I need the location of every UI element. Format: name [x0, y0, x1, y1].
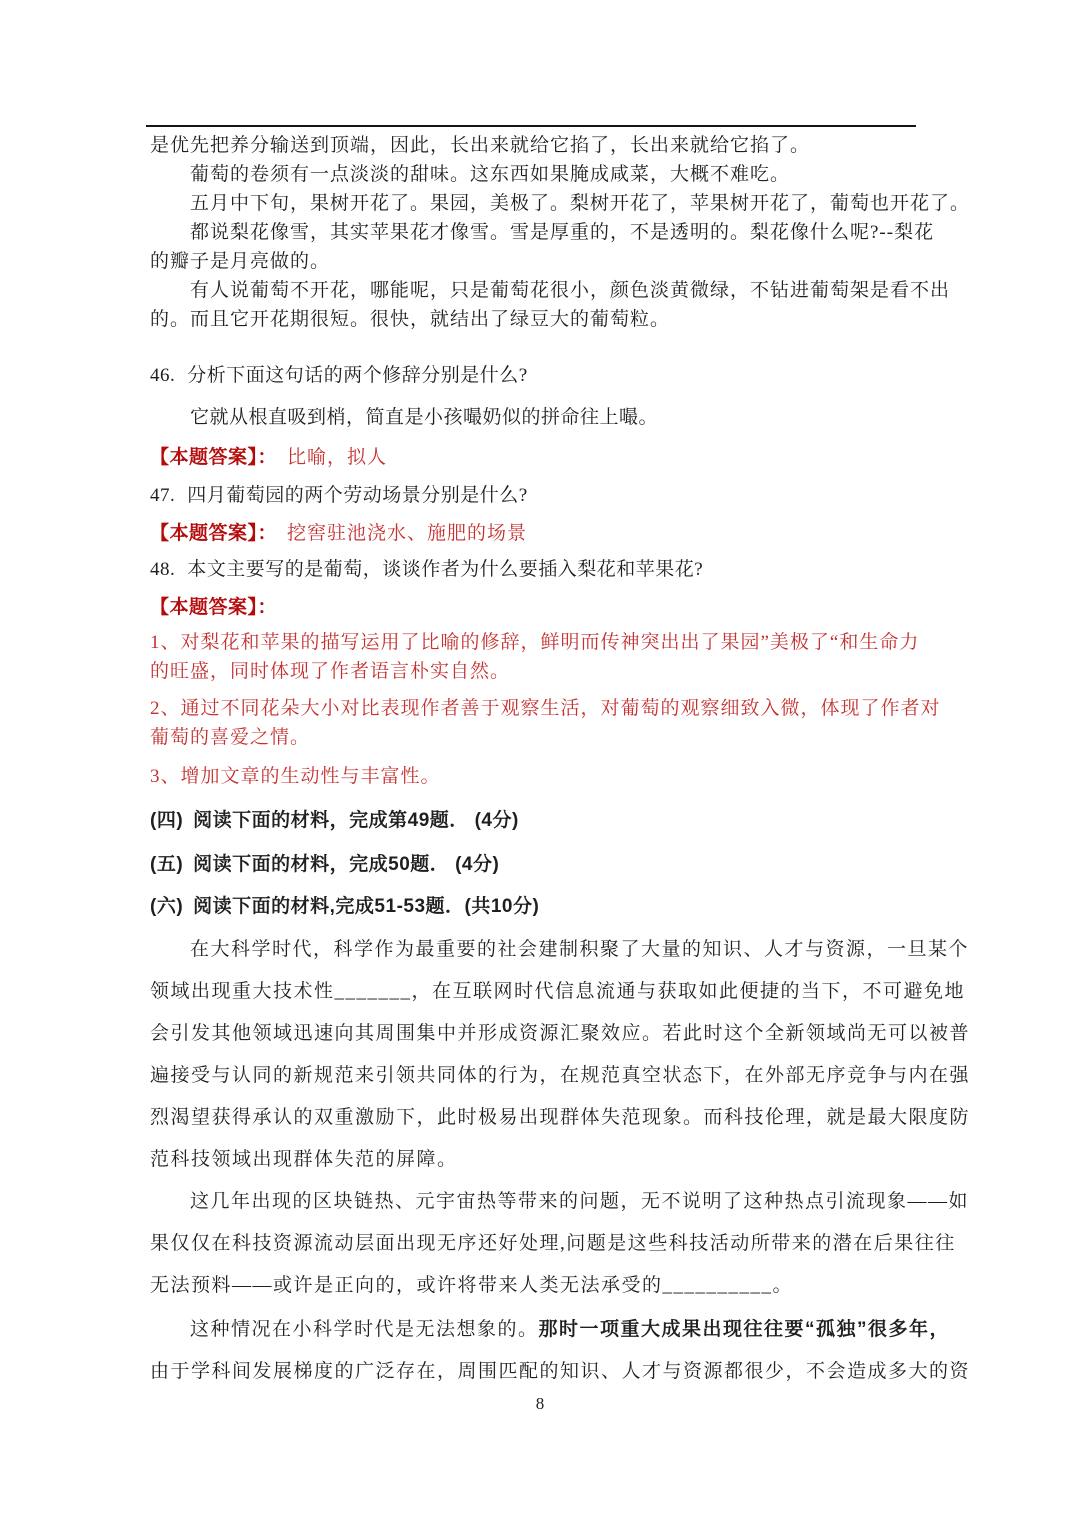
answer-48-item-1-line: 1、对梨花和苹果的描写运用了比喻的修辞，鲜明而传神突出出了果园”美极了“和生命力	[150, 628, 940, 657]
section-heading-5: (五)阅读下面的材料，完成50题． (4分)	[150, 849, 940, 881]
header-rule	[146, 125, 916, 127]
material-line: 会引发其他领域迅速向其周围集中并形成资源汇聚效应。若此时这个全新领域尚无可以被普	[150, 1013, 940, 1055]
material-line-with-blank: 领域出现重大技术性_______，在互联网时代信息流通与获取如此便捷的当下，不可…	[150, 971, 940, 1013]
material-line: 这几年出现的区块链热、元宇宙热等带来的问题，无不说明了这种热点引流现象——如	[150, 1181, 940, 1223]
question-47-number: 47.	[150, 485, 175, 506]
document-page: 是优先把养分输送到顶端，因此，长出来就给它掐了，长出来就给它掐了。 葡萄的卷须有…	[0, 0, 1080, 1527]
question-46: 46.分析下面这句话的两个修辞分别是什么?	[150, 360, 940, 392]
material-line-with-blank: 无法预料——或许是正向的，或许将带来人类无法承受的__________。	[150, 1265, 940, 1307]
question-46-text: 分析下面这句话的两个修辞分别是什么?	[187, 365, 527, 386]
passage-line: 都说梨花像雪，其实苹果花才像雪。雪是厚重的，不是透明的。梨花像什么呢?--梨花	[150, 218, 940, 247]
reading-passage: 是优先把养分输送到顶端，因此，长出来就给它掐了，长出来就给它掐了。 葡萄的卷须有…	[150, 131, 940, 334]
page-content: 是优先把养分输送到顶端，因此，长出来就给它掐了，长出来就给它掐了。 葡萄的卷须有…	[150, 125, 940, 1393]
question-47-text: 四月葡萄园的两个劳动场景分别是什么?	[187, 485, 527, 506]
passage-line: 五月中下旬，果树开花了。果园，美极了。梨树开花了，苹果树开花了，葡萄也开花了。	[150, 189, 940, 218]
answer-46: 【本题答案】：比喻，拟人	[150, 442, 940, 474]
material-line: 这种情况在小科学时代是无法想象的。那时一项重大成果出现往往要“孤独”很多年，	[150, 1309, 940, 1351]
material-line: 烈渴望获得承认的双重激励下，此时极易出现群体失范现象。而科技伦理，就是最大限度防	[150, 1097, 940, 1139]
passage-line: 的瓣子是月亮做的。	[150, 247, 940, 276]
section-5-text: 阅读下面的材料，完成50题． (4分)	[193, 854, 499, 875]
passage-line: 有人说葡萄不开花，哪能呢，只是葡萄花很小，颜色淡黄微绿，不钻进葡萄架是看不出	[150, 276, 940, 305]
material-line: 范科技领域出现群体失范的屏障。	[150, 1139, 940, 1181]
question-47: 47.四月葡萄园的两个劳动场景分别是什么?	[150, 480, 940, 512]
answer-48-item-1-line: 的旺盛，同时体现了作者语言朴实自然。	[150, 657, 940, 686]
material-paragraph-2: 这几年出现的区块链热、元宇宙热等带来的问题，无不说明了这种热点引流现象——如 果…	[150, 1181, 940, 1307]
passage-line: 葡萄的卷须有一点淡淡的甜味。这东西如果腌成咸菜，大概不难吃。	[150, 160, 940, 189]
question-46-quote: 它就从根直吸到梢，简直是小孩嘬奶似的拼命往上嘬。	[150, 402, 940, 434]
material-line: 由于学科间发展梯度的广泛存在，周围匹配的知识、人才与资源都很少，不会造成多大的资	[150, 1351, 940, 1393]
answer-48-label-line: 【本题答案】：	[150, 592, 940, 624]
answer-46-text: 比喻，拟人	[287, 447, 387, 468]
answer-47-label: 【本题答案】：	[150, 523, 277, 544]
section-heading-6: (六)阅读下面的材料,完成51-53题．(共10分)	[150, 891, 940, 923]
material-line: 果仅仅在科技资源流动层面出现无序还好处理,问题是这些科技活动所带来的潜在后果往往	[150, 1223, 940, 1265]
question-46-number: 46.	[150, 365, 175, 386]
section-4-text: 阅读下面的材料，完成第49题． (4分)	[193, 810, 519, 831]
material-bold-run: 那时一项重大成果出现往往要“孤独”很多年，	[539, 1319, 951, 1340]
question-48-number: 48.	[150, 559, 175, 580]
question-48-text: 本文主要写的是葡萄，谈谈作者为什么要插入梨花和苹果花?	[187, 559, 703, 580]
material-line: 在大科学时代，科学作为最重要的社会建制积聚了大量的知识、人才与资源，一旦某个	[150, 929, 940, 971]
section-5-label: (五)	[150, 854, 183, 875]
section-6-label: (六)	[150, 896, 183, 917]
answer-48-label: 【本题答案】：	[150, 597, 277, 618]
answer-47-text: 挖窖驻池浇水、施肥的场景	[287, 523, 527, 544]
material-paragraph-3: 这种情况在小科学时代是无法想象的。那时一项重大成果出现往往要“孤独”很多年， 由…	[150, 1309, 940, 1393]
answer-47: 【本题答案】：挖窖驻池浇水、施肥的场景	[150, 518, 940, 550]
section-4-label: (四)	[150, 810, 183, 831]
answer-48-item-2-line: 葡萄的喜爱之情。	[150, 723, 940, 752]
answer-48-item-2-line: 2、通过不同花朵大小对比表现作者善于观察生活，对葡萄的观察细致入微，体现了作者对	[150, 694, 940, 723]
answer-46-label: 【本题答案】：	[150, 447, 277, 468]
material-line: 遍接受与认同的新规范来引领共同体的行为，在规范真空状态下，在外部无序竞争与内在强	[150, 1055, 940, 1097]
passage-line: 的。而且它开花期很短。很快，就结出了绿豆大的葡萄粒。	[150, 305, 940, 334]
question-48: 48.本文主要写的是葡萄，谈谈作者为什么要插入梨花和苹果花?	[150, 554, 940, 586]
passage-line: 是优先把养分输送到顶端，因此，长出来就给它掐了，长出来就给它掐了。	[150, 131, 940, 160]
section-heading-4: (四)阅读下面的材料，完成第49题． (4分)	[150, 805, 940, 837]
page-number: 8	[0, 1390, 1080, 1418]
section-6-text: 阅读下面的材料,完成51-53题．(共10分)	[193, 896, 539, 917]
material-normal-run: 这种情况在小科学时代是无法想象的。	[190, 1319, 539, 1340]
material-paragraph-1: 在大科学时代，科学作为最重要的社会建制积聚了大量的知识、人才与资源，一旦某个 领…	[150, 929, 940, 1181]
answer-48-items: 1、对梨花和苹果的描写运用了比喻的修辞，鲜明而传神突出出了果园”美极了“和生命力…	[150, 628, 940, 791]
answer-48-item-3-line: 3、增加文章的生动性与丰富性。	[150, 762, 940, 791]
